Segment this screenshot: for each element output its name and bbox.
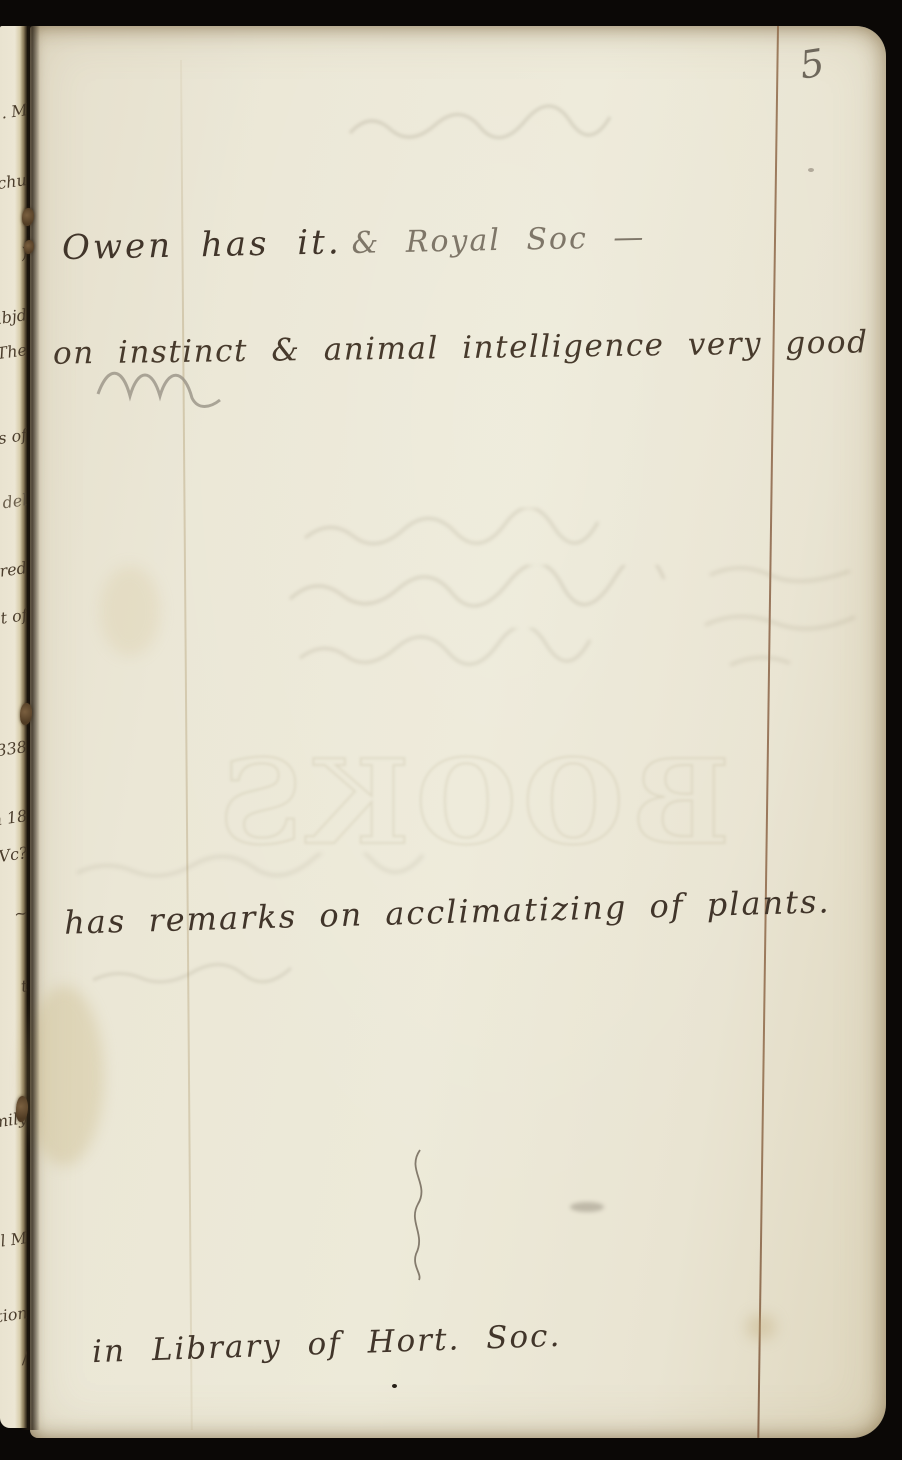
bleedthrough-writing-mark bbox=[700, 555, 870, 675]
pencil-fleck bbox=[808, 168, 814, 172]
right-margin-rule bbox=[757, 26, 779, 1438]
smudge-mark bbox=[570, 1202, 604, 1212]
handwritten-pencil-text: & Royal Soc — bbox=[351, 220, 645, 261]
bleedthrough-writing-mark bbox=[300, 508, 640, 552]
handwritten-line-instinct: on instinct & animal intelligence very g… bbox=[53, 324, 869, 371]
bleedthrough-stamp-letters: BOOKS bbox=[270, 735, 730, 871]
paper-stain bbox=[100, 566, 160, 656]
page-number: 5 bbox=[797, 40, 828, 87]
handwritten-ink-text: Owen has it. bbox=[62, 222, 342, 268]
stray-hair-mark bbox=[398, 1148, 442, 1287]
bleedthrough-writing-mark bbox=[285, 565, 715, 615]
pencil-squiggle-mark bbox=[92, 362, 242, 426]
notebook-page: 5 BOOKS Owen has it.& Royal Soc — bbox=[30, 26, 886, 1438]
bleedthrough-writing-mark bbox=[345, 98, 645, 148]
scanned-notebook-photo: Ed. M chu ) ubjd d The s of l. del ured … bbox=[0, 0, 902, 1460]
bleedthrough-writing-mark bbox=[295, 628, 625, 672]
ink-fleck bbox=[392, 1384, 397, 1388]
paper-stain bbox=[746, 1314, 776, 1340]
binding-gutter-shadow bbox=[20, 26, 40, 1430]
handwritten-line-acclimatizing: has remarks on acclimatizing of plants. bbox=[64, 882, 831, 941]
bleedthrough-writing-mark bbox=[72, 853, 452, 883]
handwritten-line-owen: Owen has it.& Royal Soc — bbox=[62, 216, 646, 268]
handwritten-line-library: in Library of Hort. Soc. bbox=[92, 1318, 562, 1370]
bleedthrough-writing-mark bbox=[88, 962, 338, 990]
